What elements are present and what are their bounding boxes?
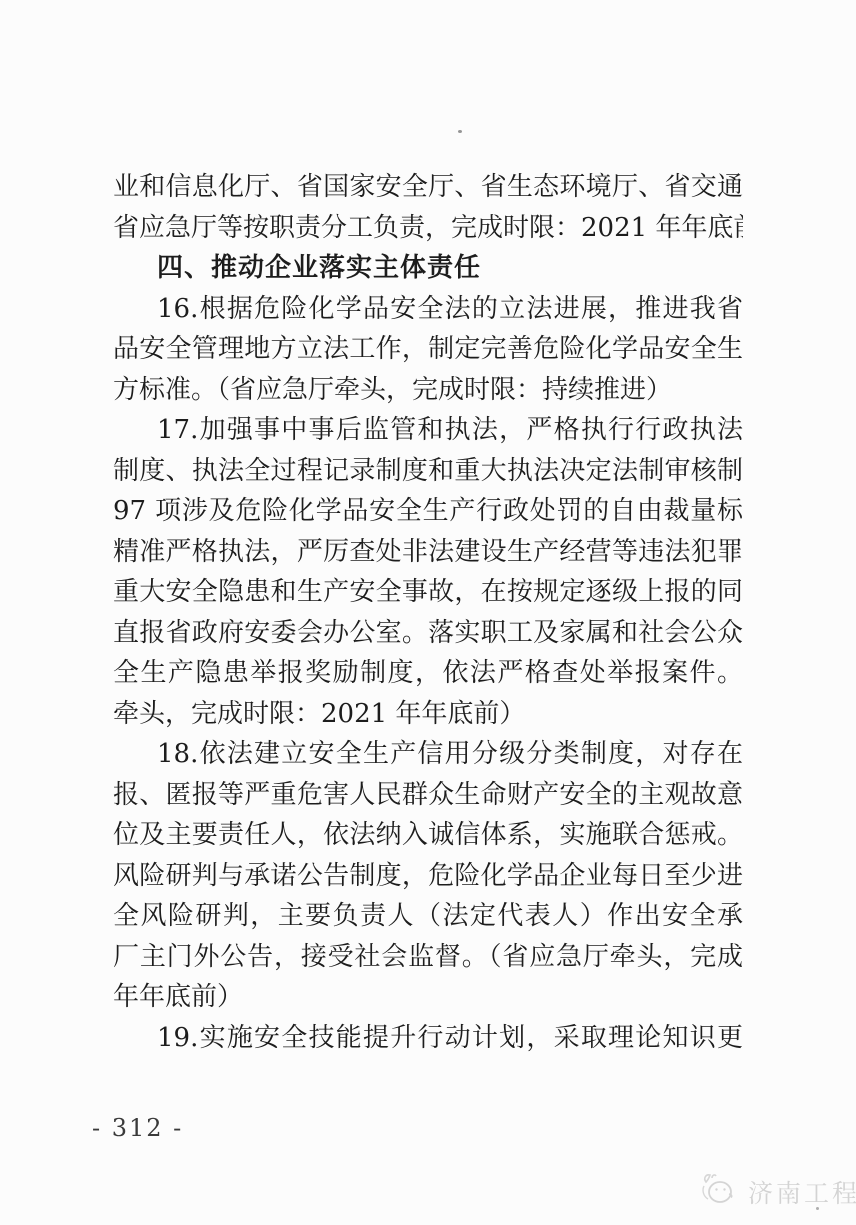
text-line: 方标准。（省应急厅牵头，完成时限：持续推进） [113, 370, 743, 411]
text-line: 报、匿报等严重危害人民群众生命财产安全的主观故意行为的单 [113, 775, 743, 816]
section-heading: 四、推动企业落实主体责任 [113, 248, 743, 289]
scan-speck [816, 1207, 819, 1210]
watermark: 济南工程 [700, 1172, 856, 1212]
text-line: 风险研判与承诺公告制度，危险化学品企业每日至少进行 1 次安 [113, 856, 743, 897]
text-line: 厂主门外公告，接受社会监督。（省应急厅牵头，完成时限：2021 [113, 937, 743, 978]
text-line: 牵头，完成时限：2021 年年底前） [113, 694, 743, 735]
text-line: 省应急厅等按职责分工负责，完成时限：2021 年年底前） [113, 208, 743, 249]
watermark-text: 济南工程 [748, 1174, 856, 1210]
mascot-face-icon [700, 1172, 740, 1212]
text-line: 全生产隐患举报奖励制度，依法严格查处举报案件。（省应急厅 [113, 653, 743, 694]
text-line: 位及主要责任人，依法纳入诚信体系，实施联合惩戒。健全安全 [113, 815, 743, 856]
text-line: 精准严格执法，严厉查处非法建设生产经营等违法犯罪行为。对 [113, 532, 743, 573]
text-line: 品安全管理地方立法工作，制定完善危险化学品安全生产相关地 [113, 329, 743, 370]
text-line: 重大安全隐患和生产安全事故，在按规定逐级上报的同时，必须 [113, 572, 743, 613]
text-line: 17.加强事中事后监管和执法，严格执行行政执法信息公示 [113, 410, 743, 451]
page-number: - 312 - [92, 1114, 183, 1142]
text-line: 直报省政府安委会办公室。落实职工及家属和社会公众对企业安 [113, 613, 743, 654]
text-line: 97 项涉及危险化学品安全生产行政处罚的自由裁量标准，强化 [113, 491, 743, 532]
document-text-block: 业和信息化厅、省国家安全厅、省生态环境厅、省交通运输厅、 省应急厅等按职责分工负… [113, 167, 743, 1058]
text-line: 年年底前） [113, 977, 743, 1018]
text-line: 业和信息化厅、省国家安全厅、省生态环境厅、省交通运输厅、 [113, 167, 743, 208]
text-line: 16.根据危险化学品安全法的立法进展，推进我省危险化学 [113, 289, 743, 330]
text-line: 19.实施安全技能提升行动计划，采取理论知识更新线上学 [113, 1018, 743, 1059]
text-line: 制度、执法全过程记录制度和重大执法决定法制审核制度，细化 [113, 451, 743, 492]
text-line: 18.依法建立安全生产信用分级分类制度，对存在谎报、瞒 [113, 734, 743, 775]
text-line: 全风险研判，主要负责人（法定代表人）作出安全承诺，并在工 [113, 896, 743, 937]
scan-speck [458, 130, 462, 133]
